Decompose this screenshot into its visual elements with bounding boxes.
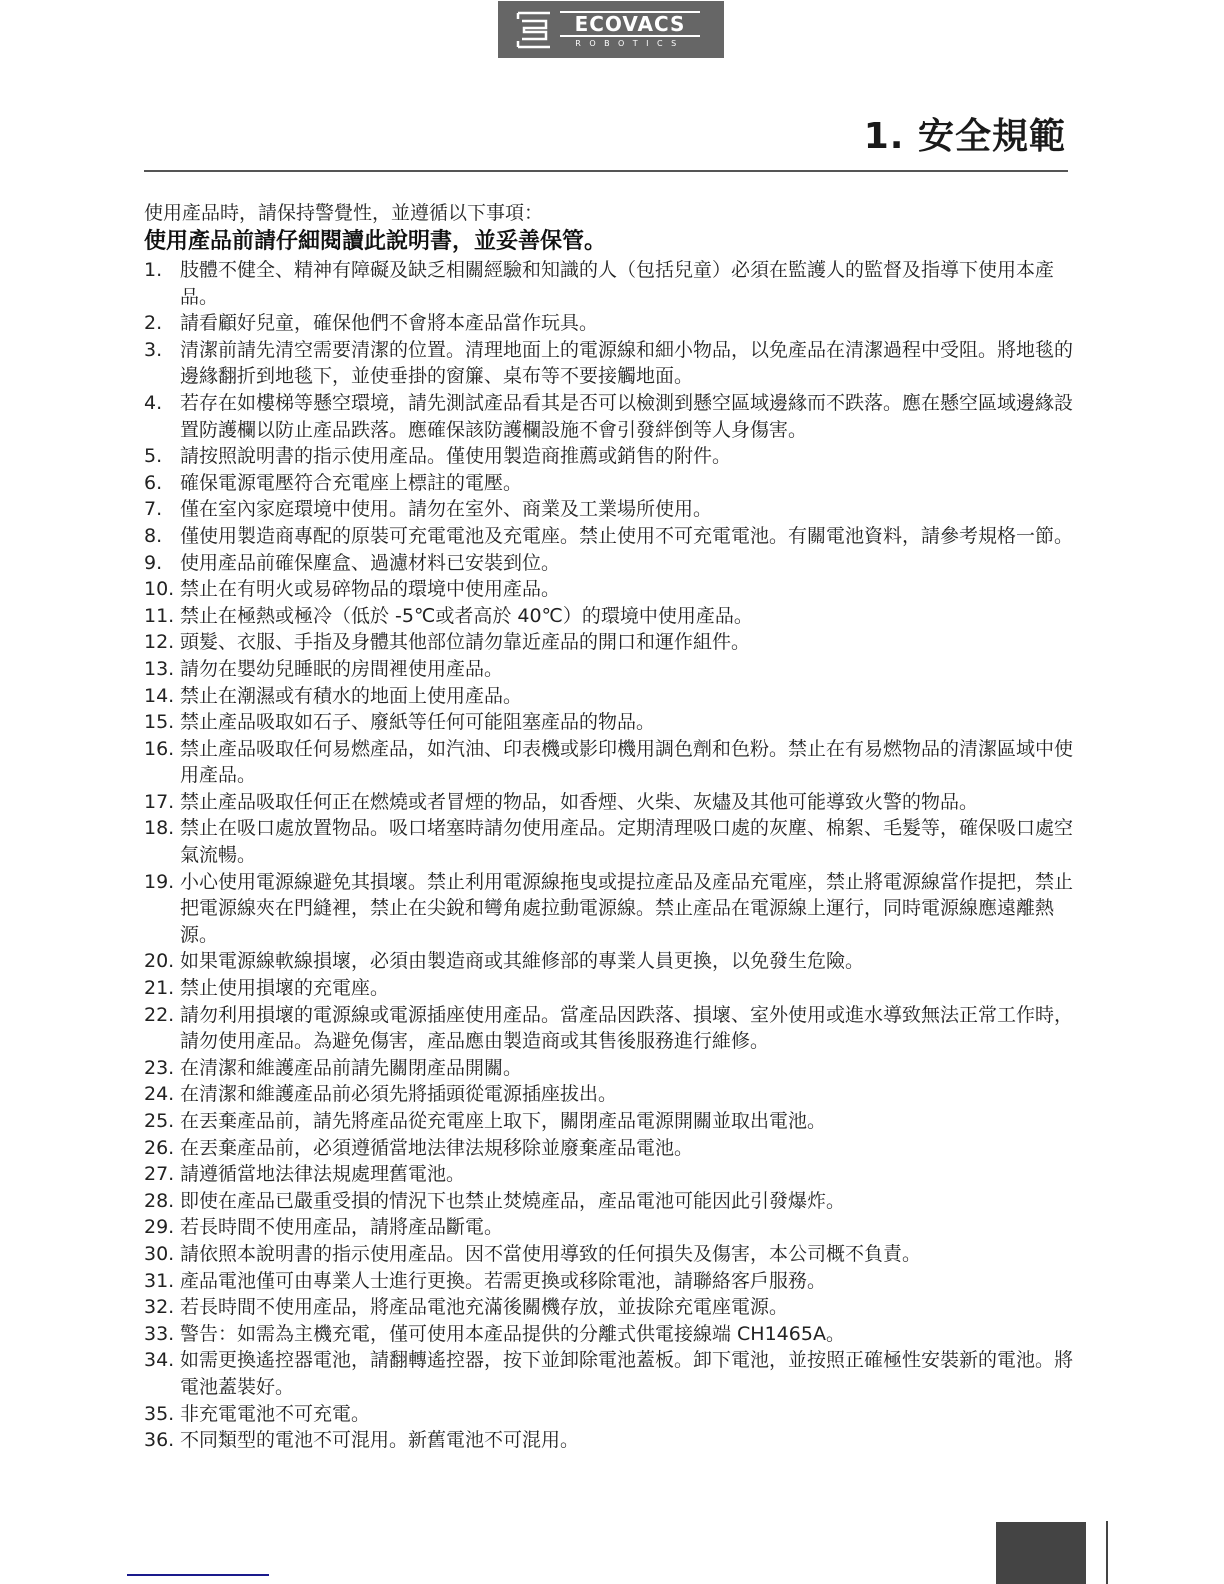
rule-item: 17.禁止產品吸取任何正在燃燒或者冒煙的物品，如香煙、火柴、灰燼及其他可能導致火… [144,789,1074,816]
rule-text: 請勿在嬰幼兒睡眠的房間裡使用產品。 [180,656,1074,683]
rule-item: 10.禁止在有明火或易碎物品的環境中使用產品。 [144,576,1074,603]
rule-text: 不同類型的電池不可混用。新舊電池不可混用。 [180,1427,1074,1454]
ecovacs-logo: ECOVACS ROBOTICS [498,1,724,58]
rule-text: 僅在室內家庭環境中使用。請勿在室外、商業及工業場所使用。 [180,496,1074,523]
rule-item: 20.如果電源線軟線損壞，必須由製造商或其維修部的專業人員更換，以免發生危險。 [144,948,1074,975]
rule-number: 19. [144,869,180,949]
rule-number: 20. [144,948,180,975]
logo-wordmark: ECOVACS ROBOTICS [560,11,700,49]
logo-rule-bottom [560,35,700,37]
rule-item: 30.請依照本說明書的指示使用產品。因不當使用導致的任何損失及傷害，本公司概不負… [144,1241,1074,1268]
rule-item: 24.在清潔和維護產品前必須先將插頭從電源插座拔出。 [144,1081,1074,1108]
rule-number: 21. [144,975,180,1002]
rule-item: 23.在清潔和維護產品前請先關閉產品開關。 [144,1055,1074,1082]
rule-text: 請看顧好兒童，確保他們不會將本產品當作玩具。 [180,310,1074,337]
rule-text: 禁止在潮濕或有積水的地面上使用產品。 [180,683,1074,710]
rule-number: 15. [144,709,180,736]
rule-number: 17. [144,789,180,816]
page-title: 1. 安全規範 [864,108,1066,159]
rule-item: 13.請勿在嬰幼兒睡眠的房間裡使用產品。 [144,656,1074,683]
rule-item: 8.僅使用製造商專配的原裝可充電電池及充電座。禁止使用不可充電電池。有關電池資料… [144,523,1074,550]
rule-number: 14. [144,683,180,710]
page-number-tab [996,1522,1086,1584]
rule-number: 18. [144,815,180,868]
page-tab-rule [1106,1521,1108,1584]
rule-text: 在清潔和維護產品前必須先將插頭從電源插座拔出。 [180,1081,1074,1108]
rule-number: 13. [144,656,180,683]
rule-number: 2. [144,310,180,337]
rule-number: 16. [144,736,180,789]
rule-item: 18.禁止在吸口處放置物品。吸口堵塞時請勿使用產品。定期清理吸口處的灰塵、棉絮、… [144,815,1074,868]
rule-number: 30. [144,1241,180,1268]
rule-item: 1.肢體不健全、精神有障礙及缺乏相關經驗和知識的人（包括兒童）必須在監護人的監督… [144,257,1074,310]
safety-content: 使用產品時，請保持警覺性，並遵循以下事項： 使用產品前請仔細閱讀此說明書，並妥善… [144,199,1074,1454]
rule-text: 若存在如樓梯等懸空環境，請先測試產品看其是否可以檢測到懸空區域邊緣而不跌落。應在… [180,390,1074,443]
rule-item: 32.若長時間不使用產品，將產品電池充滿後關機存放，並拔除充電座電源。 [144,1294,1074,1321]
rule-text: 即使在產品已嚴重受損的情況下也禁止焚燒產品，產品電池可能因此引發爆炸。 [180,1188,1074,1215]
rule-text: 在丟棄產品前，必須遵循當地法律法規移除並廢棄產品電池。 [180,1135,1074,1162]
rule-text: 請遵循當地法律法規處理舊電池。 [180,1161,1074,1188]
rule-number: 24. [144,1081,180,1108]
rule-number: 27. [144,1161,180,1188]
rule-text: 在清潔和維護產品前請先關閉產品開關。 [180,1055,1074,1082]
rule-text: 若長時間不使用產品，請將產品斷電。 [180,1214,1074,1241]
rule-text: 非充電電池不可充電。 [180,1401,1074,1428]
rule-text: 若長時間不使用產品，將產品電池充滿後關機存放，並拔除充電座電源。 [180,1294,1074,1321]
rule-item: 19.小心使用電源線避免其損壞。禁止利用電源線拖曳或提拉產品及產品充電座，禁止將… [144,869,1074,949]
rule-item: 3.清潔前請先清空需要清潔的位置。清理地面上的電源線和細小物品，以免產品在清潔過… [144,337,1074,390]
rule-item: 15.禁止產品吸取如石子、廢紙等任何可能阻塞產品的物品。 [144,709,1074,736]
footer-rule [127,1574,269,1576]
rule-number: 26. [144,1135,180,1162]
logo-sub: ROBOTICS [560,38,700,49]
intro-text: 使用產品時，請保持警覺性，並遵循以下事項： [144,199,1074,227]
rule-text: 使用產品前確保塵盒、過濾材料已安裝到位。 [180,550,1074,577]
rule-item: 28.即使在產品已嚴重受損的情況下也禁止焚燒產品，產品電池可能因此引發爆炸。 [144,1188,1074,1215]
logo-brand: ECOVACS [560,13,700,35]
rule-number: 34. [144,1347,180,1400]
rule-text: 請依照本說明書的指示使用產品。因不當使用導致的任何損失及傷害，本公司概不負責。 [180,1241,1074,1268]
rule-text: 警告：如需為主機充電，僅可使用本產品提供的分離式供電接線端 CH1465A。 [180,1321,1074,1348]
rule-item: 27.請遵循當地法律法規處理舊電池。 [144,1161,1074,1188]
rule-item: 26.在丟棄產品前，必須遵循當地法律法規移除並廢棄產品電池。 [144,1135,1074,1162]
rule-number: 3. [144,337,180,390]
safety-rules-list: 1.肢體不健全、精神有障礙及缺乏相關經驗和知識的人（包括兒童）必須在監護人的監督… [144,257,1074,1454]
rule-text: 禁止使用損壞的充電座。 [180,975,1074,1002]
rule-number: 9. [144,550,180,577]
rule-text: 清潔前請先清空需要清潔的位置。清理地面上的電源線和細小物品，以免產品在清潔過程中… [180,337,1074,390]
rule-number: 36. [144,1427,180,1454]
rule-item: 9.使用產品前確保塵盒、過濾材料已安裝到位。 [144,550,1074,577]
rule-number: 32. [144,1294,180,1321]
rule-item: 21.禁止使用損壞的充電座。 [144,975,1074,1002]
rule-text: 肢體不健全、精神有障礙及缺乏相關經驗和知識的人（包括兒童）必須在監護人的監督及指… [180,257,1074,310]
rule-number: 11. [144,603,180,630]
rule-item: 16.禁止產品吸取任何易燃產品，如汽油、印表機或影印機用調色劑和色粉。禁止在有易… [144,736,1074,789]
rule-text: 產品電池僅可由專業人士進行更換。若需更換或移除電池，請聯絡客戶服務。 [180,1268,1074,1295]
rule-number: 23. [144,1055,180,1082]
rule-number: 25. [144,1108,180,1135]
title-divider [144,170,1068,172]
rule-number: 29. [144,1214,180,1241]
rule-text: 禁止在有明火或易碎物品的環境中使用產品。 [180,576,1074,603]
rule-number: 6. [144,470,180,497]
ecovacs-logo-mark-icon [516,11,552,49]
rule-number: 5. [144,443,180,470]
rule-item: 25.在丟棄產品前，請先將產品從充電座上取下，關閉產品電源開關並取出電池。 [144,1108,1074,1135]
rule-number: 10. [144,576,180,603]
rule-text: 禁止產品吸取如石子、廢紙等任何可能阻塞產品的物品。 [180,709,1074,736]
rule-item: 29.若長時間不使用產品，請將產品斷電。 [144,1214,1074,1241]
rule-text: 確保電源電壓符合充電座上標註的電壓。 [180,470,1074,497]
rule-number: 8. [144,523,180,550]
rule-number: 31. [144,1268,180,1295]
rule-text: 如需更換遙控器電池，請翻轉遙控器，按下並卸除電池蓋板。卸下電池，並按照正確極性安… [180,1347,1074,1400]
rule-number: 33. [144,1321,180,1348]
rule-number: 28. [144,1188,180,1215]
rule-item: 35.非充電電池不可充電。 [144,1401,1074,1428]
rule-item: 31.產品電池僅可由專業人士進行更換。若需更換或移除電池，請聯絡客戶服務。 [144,1268,1074,1295]
rule-item: 5.請按照說明書的指示使用產品。僅使用製造商推薦或銷售的附件。 [144,443,1074,470]
rule-number: 12. [144,629,180,656]
rule-item: 14.禁止在潮濕或有積水的地面上使用產品。 [144,683,1074,710]
rule-item: 6.確保電源電壓符合充電座上標註的電壓。 [144,470,1074,497]
rule-text: 在丟棄產品前，請先將產品從充電座上取下，關閉產品電源開關並取出電池。 [180,1108,1074,1135]
rule-number: 22. [144,1002,180,1055]
rule-text: 禁止在吸口處放置物品。吸口堵塞時請勿使用產品。定期清理吸口處的灰塵、棉絮、毛髮等… [180,815,1074,868]
rule-item: 11.禁止在極熱或極冷（低於 -5℃或者高於 40℃）的環境中使用產品。 [144,603,1074,630]
rule-item: 33.警告：如需為主機充電，僅可使用本產品提供的分離式供電接線端 CH1465A… [144,1321,1074,1348]
rule-text: 小心使用電源線避免其損壞。禁止利用電源線拖曳或提拉產品及產品充電座，禁止將電源線… [180,869,1074,949]
rule-number: 1. [144,257,180,310]
rule-text: 請按照說明書的指示使用產品。僅使用製造商推薦或銷售的附件。 [180,443,1074,470]
rule-item: 2.請看顧好兒童，確保他們不會將本產品當作玩具。 [144,310,1074,337]
rule-text: 請勿利用損壞的電源線或電源插座使用產品。當產品因跌落、損壞、室外使用或進水導致無… [180,1002,1074,1055]
rule-item: 22.請勿利用損壞的電源線或電源插座使用產品。當產品因跌落、損壞、室外使用或進水… [144,1002,1074,1055]
rule-text: 頭髮、衣服、手指及身體其他部位請勿靠近產品的開口和運作組件。 [180,629,1074,656]
rule-number: 35. [144,1401,180,1428]
intro-bold-text: 使用產品前請仔細閱讀此說明書，並妥善保管。 [144,227,1074,257]
rule-text: 僅使用製造商專配的原裝可充電電池及充電座。禁止使用不可充電電池。有關電池資料，請… [180,523,1074,550]
rule-item: 36.不同類型的電池不可混用。新舊電池不可混用。 [144,1427,1074,1454]
rule-text: 禁止產品吸取任何易燃產品，如汽油、印表機或影印機用調色劑和色粉。禁止在有易燃物品… [180,736,1074,789]
rule-text: 如果電源線軟線損壞，必須由製造商或其維修部的專業人員更換，以免發生危險。 [180,948,1074,975]
rule-item: 4.若存在如樓梯等懸空環境，請先測試產品看其是否可以檢測到懸空區域邊緣而不跌落。… [144,390,1074,443]
rule-item: 12.頭髮、衣服、手指及身體其他部位請勿靠近產品的開口和運作組件。 [144,629,1074,656]
rule-text: 禁止產品吸取任何正在燃燒或者冒煙的物品，如香煙、火柴、灰燼及其他可能導致火警的物… [180,789,1074,816]
rule-number: 7. [144,496,180,523]
rule-item: 34.如需更換遙控器電池，請翻轉遙控器，按下並卸除電池蓋板。卸下電池，並按照正確… [144,1347,1074,1400]
rule-item: 7.僅在室內家庭環境中使用。請勿在室外、商業及工業場所使用。 [144,496,1074,523]
rule-number: 4. [144,390,180,443]
rule-text: 禁止在極熱或極冷（低於 -5℃或者高於 40℃）的環境中使用產品。 [180,603,1074,630]
